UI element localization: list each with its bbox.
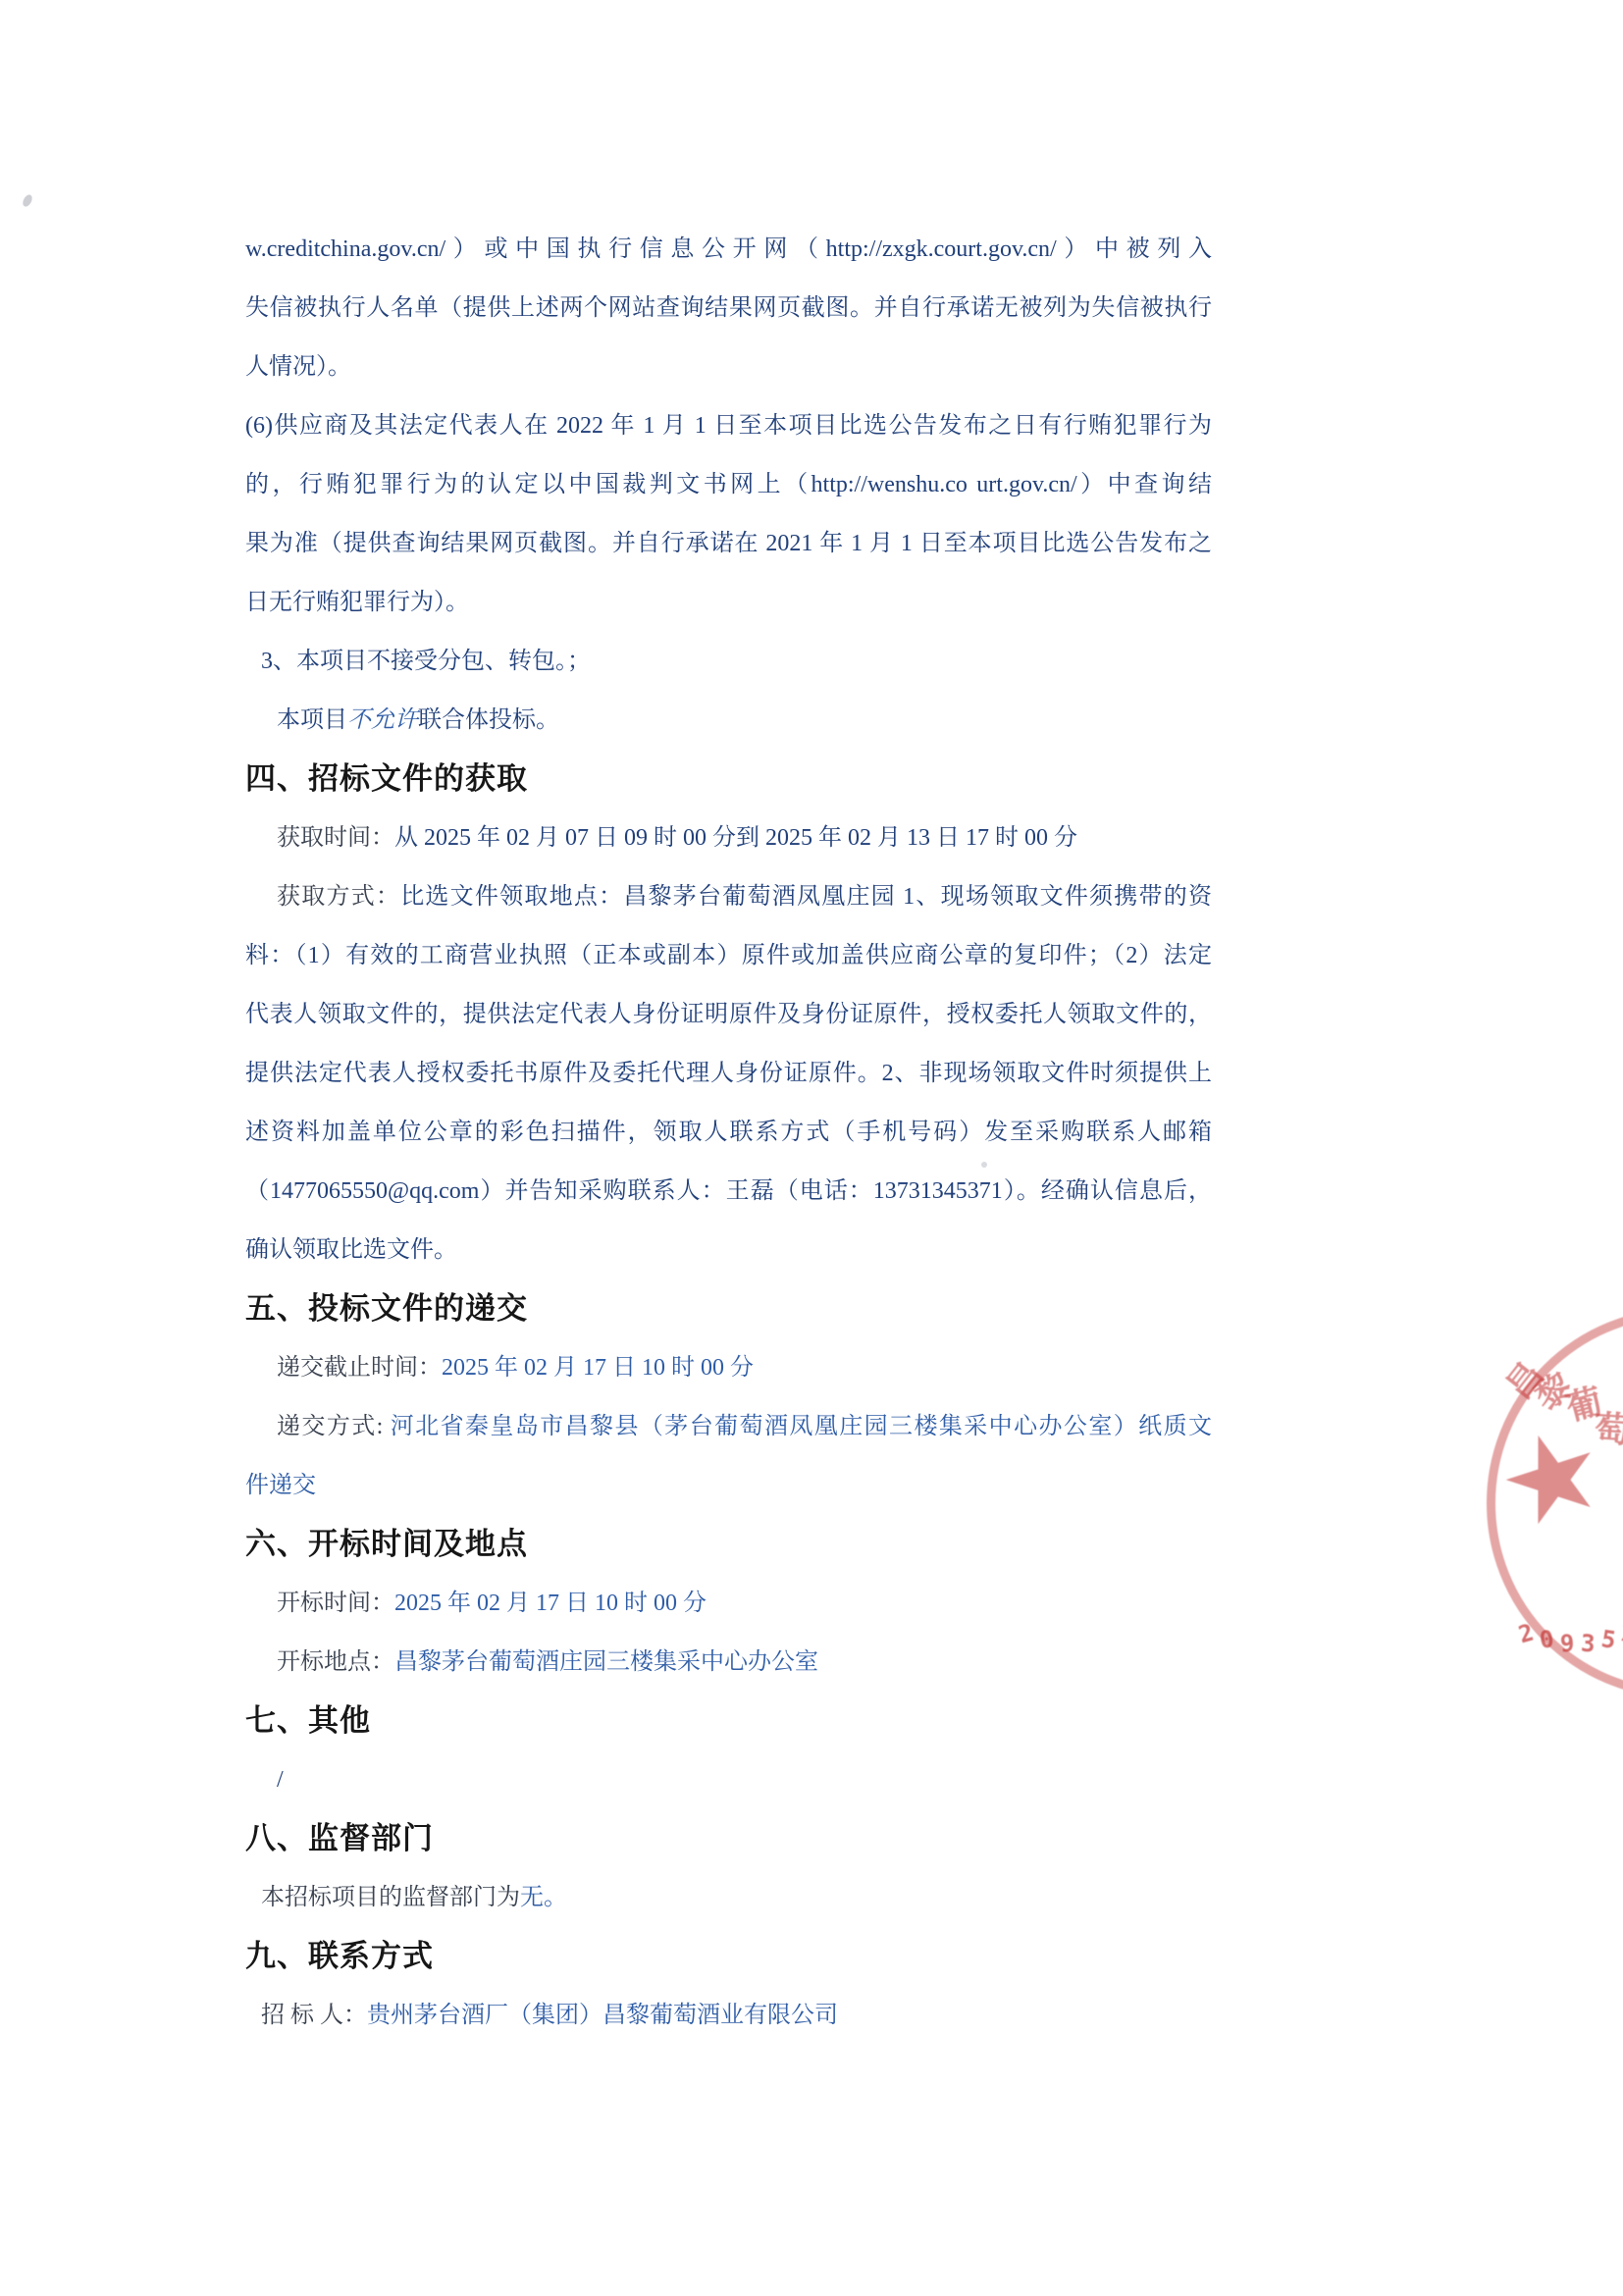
seal-arc-text: 黎: [1524, 1359, 1581, 1420]
text-segment: 人情况）。: [245, 354, 351, 380]
text-segment: 日无行贿犯罪行为）。: [245, 590, 469, 615]
text-segment: 开标地点：: [277, 1649, 394, 1675]
seal-arc-text: 昌: [1492, 1350, 1553, 1409]
text-line: /: [245, 1750, 1212, 1809]
text-line: 确认领取比选文件。: [245, 1221, 1212, 1279]
text-segment: 递交方式:: [277, 1414, 383, 1439]
text-segment: /: [277, 1767, 284, 1793]
text-line: 递交方式: 河北省秦皇岛市昌黎县（茅台葡萄酒凤凰庄园三楼集采中心办公室）纸质文: [245, 1397, 1212, 1456]
text-segment: 失信被执行人名单（提供上述两个网站查询结果网页截图。并自行承诺无被列为失信被执行: [245, 295, 1212, 321]
text-line: 开标地点：昌黎茅台葡萄酒庄园三楼集采中心办公室: [245, 1633, 1212, 1692]
text-line: 3、本项目不接受分包、转包。；: [245, 632, 1212, 691]
section-heading: 九、联系方式: [245, 1927, 1212, 1986]
text-segment: (6)供应商及其法定代表人在 2022 年 1 月 1 日至本项目比选公告发布之…: [245, 413, 1212, 439]
text-segment: 提供法定代表人授权委托书原件及委托代理人身份证原件。2、非现场领取文件时须提供上: [245, 1061, 1212, 1086]
text-line: 代表人领取文件的，提供法定代表人身份证明原件及身份证原件，授权委托人领取文件的，: [245, 985, 1212, 1044]
text-segment: 递交截止时间：: [277, 1355, 442, 1381]
document-page: w.creditchina.gov.cn/）或中国执行信息公开网（http://…: [0, 0, 1623, 2296]
text-segment: 七、其他: [245, 1703, 371, 1738]
text-segment: 料：（1）有效的工商营业执照（正本或副本）原件或加盖供应商公章的复印件；（2）法…: [245, 943, 1212, 968]
text-segment: 六、开标时间及地点: [245, 1527, 528, 1561]
text-line: 开标时间：2025 年 02 月 17 日 10 时 00 分: [245, 1574, 1212, 1633]
seal-arc-text: 萄: [1593, 1401, 1623, 1453]
text-line: 递交截止时间：2025 年 02 月 17 日 10 时 00 分: [245, 1338, 1212, 1397]
text-line: 人情况）。: [245, 338, 1212, 396]
text-line: 招 标 人：贵州茅台酒厂（集团）昌黎葡萄酒业有限公司: [245, 1986, 1212, 2045]
section-heading: 四、招标文件的获取: [245, 750, 1212, 809]
text-segment: 贵州茅台酒厂（集团）昌黎葡萄酒业有限公司: [367, 2003, 838, 2028]
text-segment: 获取时间：: [277, 825, 394, 851]
section-heading: 六、开标时间及地点: [245, 1515, 1212, 1574]
text-line: 提供法定代表人授权委托书原件及委托代理人身份证原件。2、非现场领取文件时须提供上: [245, 1044, 1212, 1103]
text-segment: 昌黎茅台葡萄酒庄园三楼集采中心办公室: [394, 1649, 818, 1675]
text-segment: 2025 年 02 月 17 日 10 时 00 分: [394, 1591, 707, 1616]
text-segment: 从 2025 年 02 月 07 日 09 时 00 分到 2025 年 02 …: [394, 825, 1077, 851]
text-line: 本招标项目的监督部门为无。: [245, 1868, 1212, 1927]
text-segment: 的，行贿犯罪行为的认定以中国裁判文书网上（http://wenshu.co ur…: [245, 472, 1212, 497]
text-segment: 联合体投标。: [418, 707, 559, 733]
text-segment: 3、本项目不接受分包、转包。；: [261, 649, 591, 674]
text-line: 本项目不允许联合体投标。: [245, 691, 1212, 750]
text-segment: 八、监督部门: [245, 1821, 434, 1855]
text-segment: 本招标项目的监督部门为: [261, 1885, 520, 1910]
text-segment: （1477065550@qq.com）并告知采购联系人：王磊（电话：137313…: [245, 1178, 1212, 1204]
text-segment: 代表人领取文件的，提供法定代表人身份证明原件及身份证原件，授权委托人领取文件的，: [245, 1002, 1212, 1027]
seal-serial-digit: 7: [1617, 1619, 1623, 1649]
section-heading: 五、投标文件的递交: [245, 1279, 1212, 1338]
text-segment: w.creditchina.gov.cn/）或中国执行信息公开网（http://…: [245, 236, 1212, 262]
text-segment: 确认领取比选文件。: [245, 1237, 457, 1263]
seal-serial-digit: 2: [1515, 1619, 1537, 1649]
seal-serial-digit: 0: [1538, 1625, 1556, 1654]
seal-serial-digit: 3: [1580, 1630, 1596, 1658]
text-segment: 五、投标文件的递交: [245, 1291, 528, 1326]
text-segment: 河北省秦皇岛市昌黎县（茅台葡萄酒凤凰庄园三楼集采中心办公室）纸质文: [383, 1414, 1212, 1439]
seal-ring: [1487, 1308, 1623, 1698]
text-segment: 四、招标文件的获取: [245, 761, 528, 796]
text-line: 获取方式：比选文件领取地点：昌黎茅台葡萄酒凤凰庄园 1、现场领取文件须携带的资: [245, 867, 1212, 926]
scan-smudge: [981, 1162, 987, 1168]
text-line: 果为准（提供查询结果网页截图。并自行承诺在 2021 年 1 月 1 日至本项目…: [245, 514, 1212, 573]
seal-star-icon: ★: [1485, 1408, 1619, 1550]
text-segment: 九、联系方式: [245, 1939, 434, 1973]
text-segment: 2025 年 02 月 17 日 10 时 00 分: [442, 1355, 754, 1381]
text-line: 述资料加盖单位公章的彩色扫描件，领取人联系方式（手机号码）发至采购联系人邮箱: [245, 1103, 1212, 1162]
seal-serial-digit: 9: [1559, 1630, 1575, 1658]
seal-serial-digit: 5: [1599, 1625, 1618, 1654]
text-segment: 果为准（提供查询结果网页截图。并自行承诺在 2021 年 1 月 1 日至本项目…: [245, 531, 1212, 556]
text-segment: 招 标 人：: [261, 2003, 367, 2028]
text-segment: 获取方式：: [277, 884, 400, 910]
scan-smudge: [21, 193, 33, 208]
text-segment: 比选文件领取地点：昌黎茅台葡萄酒凤凰庄园 1、现场领取文件须携带的资: [400, 884, 1212, 910]
text-segment: 述资料加盖单位公章的彩色扫描件，领取人联系方式（手机号码）发至采购联系人邮箱: [245, 1120, 1212, 1145]
tender-notice-body: w.creditchina.gov.cn/）或中国执行信息公开网（http://…: [245, 220, 1212, 2045]
text-segment: 无。: [520, 1885, 567, 1910]
text-line: 件递交: [245, 1456, 1212, 1515]
text-line: 的，行贿犯罪行为的认定以中国裁判文书网上（http://wenshu.co ur…: [245, 455, 1212, 514]
text-segment: 不允许: [347, 707, 418, 733]
section-heading: 七、其他: [245, 1692, 1212, 1750]
text-line: 获取时间：从 2025 年 02 月 07 日 09 时 00 分到 2025 …: [245, 809, 1212, 867]
text-line: 失信被执行人名单（提供上述两个网站查询结果网页截图。并自行承诺无被列为失信被执行: [245, 279, 1212, 338]
section-heading: 八、监督部门: [245, 1809, 1212, 1868]
text-segment: 件递交: [245, 1473, 316, 1498]
seal-arc-text: 葡: [1560, 1374, 1607, 1432]
text-line: 日无行贿犯罪行为）。: [245, 573, 1212, 632]
text-line: 料：（1）有效的工商营业执照（正本或副本）原件或加盖供应商公章的复印件；（2）法…: [245, 926, 1212, 985]
text-segment: 本项目: [277, 707, 347, 733]
text-segment: 开标时间：: [277, 1591, 394, 1616]
text-line: (6)供应商及其法定代表人在 2022 年 1 月 1 日至本项目比选公告发布之…: [245, 396, 1212, 455]
text-line: （1477065550@qq.com）并告知采购联系人：王磊（电话：137313…: [245, 1162, 1212, 1221]
text-line: w.creditchina.gov.cn/）或中国执行信息公开网（http://…: [245, 220, 1212, 279]
